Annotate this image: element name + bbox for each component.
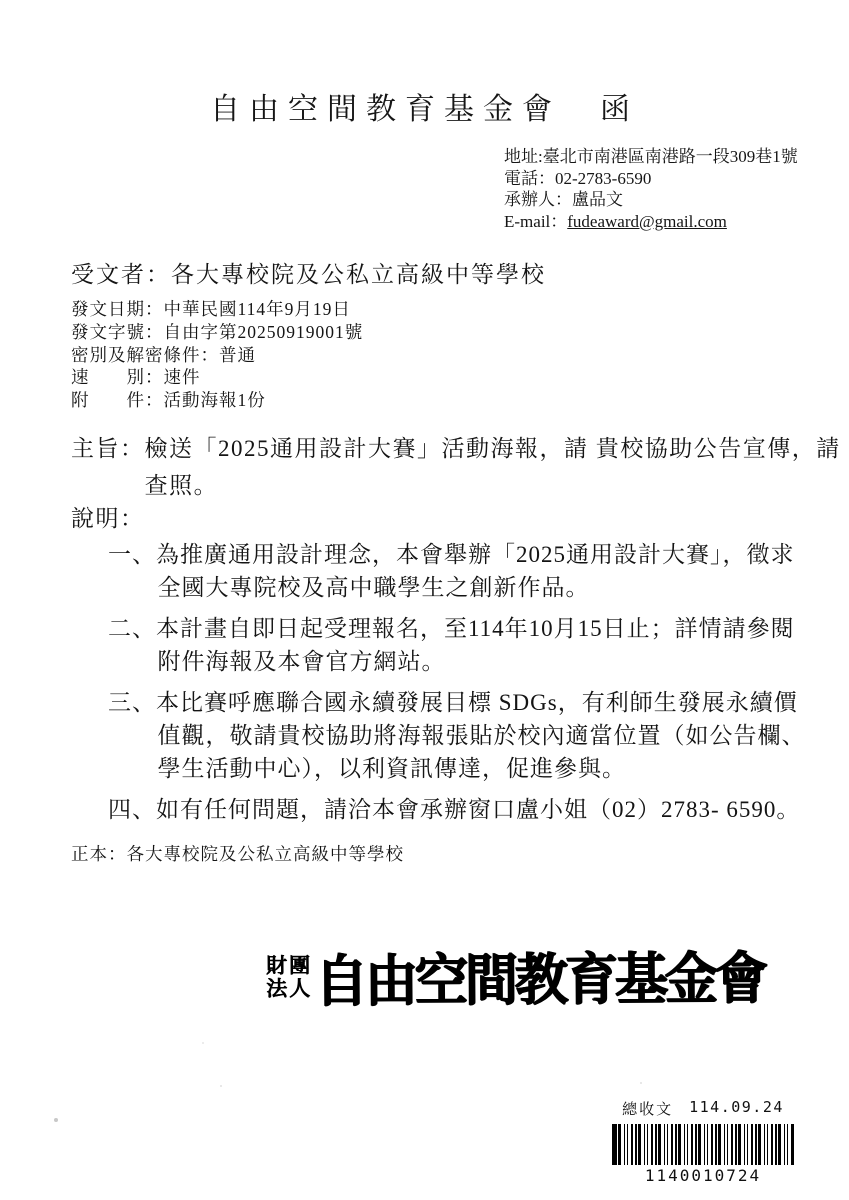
- explanation-items: 一、為推廣通用設計理念，本會舉辦「2025通用設計大賽」，徵求全國大專院校及高中…: [108, 538, 808, 834]
- item-number: 三、: [108, 690, 156, 715]
- received-stamp-line: 總收文 114.09.24: [612, 1098, 794, 1119]
- stamp-legal-prefix: 財團 法人: [266, 955, 312, 1001]
- sender-contact-block: 地址:臺北市南港區南港路一段309巷1號 電話：02-2783-6590 承辦人…: [504, 146, 798, 232]
- stamp-foundation-name: 自由空間教育基金會: [315, 934, 766, 1018]
- sender-email-line: E-mail：fudeaward@gmail.com: [504, 211, 798, 233]
- item-number: 二、: [108, 616, 156, 641]
- official-letter-page: 自由空間教育基金會 函 地址:臺北市南港區南港路一段309巷1號 電話：02-2…: [0, 0, 849, 1200]
- barcode: [612, 1124, 794, 1165]
- item-text: 本計畫自即日起受理報名，至114年10月15日止；詳情請參閱附件海報及本會官方網…: [156, 616, 795, 674]
- explanation-label: 說明：: [71, 500, 145, 533]
- meta-doc-number: 發文字號：自由字第20250919001號: [71, 321, 363, 344]
- explanation-item-4: 四、如有任何問題，請洽本會承辦窗口盧小姐（02）2783- 6590。: [108, 793, 808, 826]
- item-text: 如有任何問題，請洽本會承辦窗口盧小姐（02）2783- 6590。: [156, 797, 800, 822]
- document-meta-block: 發文日期：中華民國114年9月19日 發文字號：自由字第20250919001號…: [71, 298, 363, 412]
- subject-label: 主旨：: [71, 436, 145, 461]
- scan-speck: [220, 1085, 222, 1087]
- scan-speck: [54, 1118, 58, 1122]
- received-date: 114.09.24: [689, 1098, 784, 1119]
- received-label: 總收文: [622, 1098, 673, 1119]
- page-title: 自由空間教育基金會 函: [0, 84, 849, 128]
- item-text: 為推廣通用設計理念，本會舉辦「2025通用設計大賽」，徵求全國大專院校及高中職學…: [156, 542, 795, 600]
- foundation-name-stamp: 財團 法人 自由空間教育基金會: [266, 936, 766, 1015]
- recipient-line: 受文者：各大專校院及公私立高級中等學校: [71, 256, 546, 289]
- sender-contact-person: 承辦人：盧品文: [504, 189, 798, 211]
- sender-phone: 電話：02-2783-6590: [504, 168, 798, 190]
- meta-priority: 速 別：速件: [71, 366, 363, 389]
- item-text: 本比賽呼應聯合國永續發展目標 SDGs，有利師生發展永續價值觀，敬請貴校協助將海…: [156, 690, 805, 781]
- stamp-prefix-top: 財團: [266, 955, 312, 978]
- meta-classification: 密別及解密條件：普通: [71, 344, 363, 367]
- subject-text: 檢送「2025通用設計大賽」活動海報，請 貴校協助公告宣傳，請查照。: [145, 436, 841, 498]
- email-label: E-mail：: [504, 212, 567, 231]
- scan-speck: [202, 1042, 204, 1044]
- explanation-item-2: 二、本計畫自即日起受理報名，至114年10月15日止；詳情請參閱附件海報及本會官…: [108, 612, 808, 678]
- subject-paragraph: 主旨：檢送「2025通用設計大賽」活動海報，請 貴校協助公告宣傳，請查照。: [71, 430, 849, 504]
- scan-speck: [640, 1082, 642, 1084]
- sender-address: 地址:臺北市南港區南港路一段309巷1號: [504, 146, 798, 168]
- meta-issue-date: 發文日期：中華民國114年9月19日: [71, 298, 363, 321]
- explanation-item-1: 一、為推廣通用設計理念，本會舉辦「2025通用設計大賽」，徵求全國大專院校及高中…: [108, 538, 808, 604]
- email-link[interactable]: fudeaward@gmail.com: [567, 212, 727, 231]
- meta-attachment: 附 件：活動海報1份: [71, 389, 363, 412]
- stamp-prefix-bottom: 法人: [266, 977, 312, 1000]
- original-copy-line: 正本：各大專校院及公私立高級中等學校: [71, 841, 404, 866]
- item-number: 一、: [108, 542, 156, 567]
- explanation-item-3: 三、本比賽呼應聯合國永續發展目標 SDGs，有利師生發展永續價值觀，敬請貴校協助…: [108, 686, 808, 785]
- received-stamp-block: 總收文 114.09.24 1140010724: [612, 1098, 794, 1185]
- barcode-number: 1140010724: [612, 1166, 794, 1185]
- item-number: 四、: [108, 797, 156, 822]
